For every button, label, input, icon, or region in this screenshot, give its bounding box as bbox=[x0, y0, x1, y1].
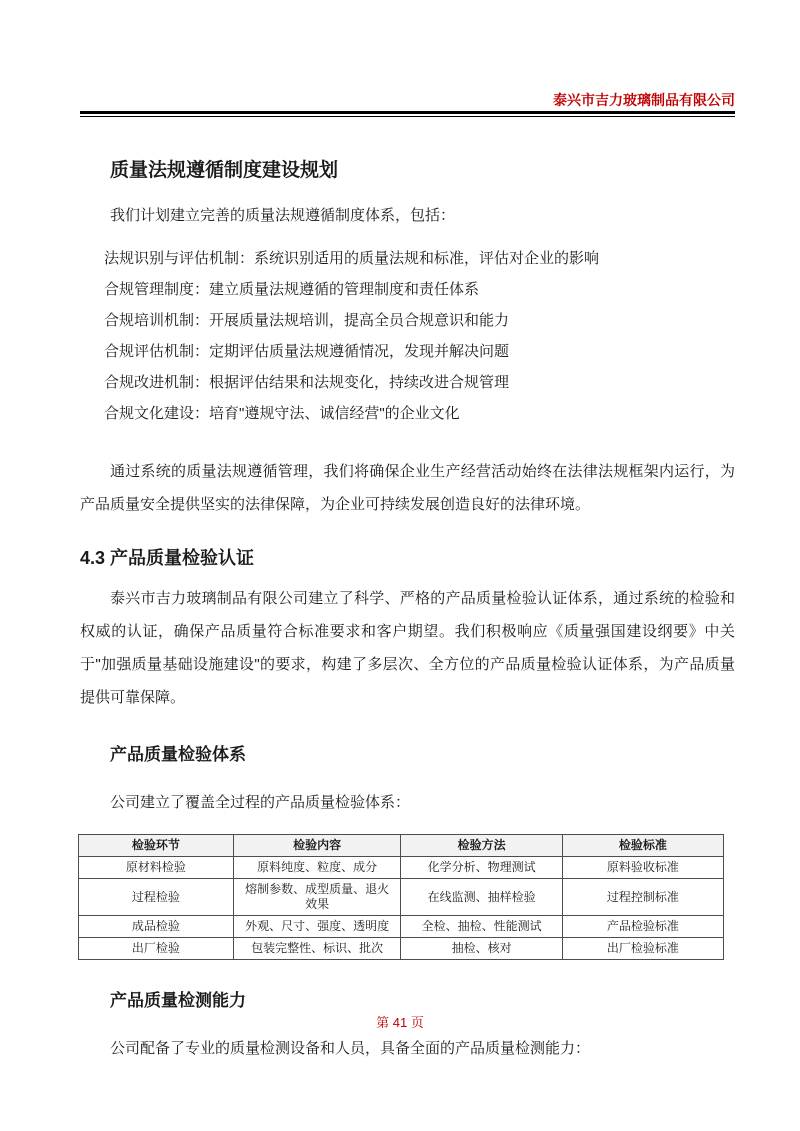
list-item: 法规识别与评估机制：系统识别适用的质量法规和标准，评估对企业的影响 bbox=[104, 243, 735, 274]
inspection-table: 检验环节检验内容检验方法检验标准 原材料检验原料纯度、粒度、成分化学分析、物理测… bbox=[78, 834, 724, 960]
table-cell: 原料纯度、粒度、成分 bbox=[233, 857, 401, 879]
table-header-cell: 检验环节 bbox=[79, 835, 234, 857]
header-rule-thin bbox=[80, 116, 735, 117]
subsection-heading-testing-capability: 产品质量检测能力 bbox=[110, 990, 735, 1012]
table-cell: 外观、尺寸、强度、透明度 bbox=[233, 916, 401, 938]
mechanism-list: 法规识别与评估机制：系统识别适用的质量法规和标准，评估对企业的影响合规管理制度：… bbox=[80, 243, 735, 429]
table-cell: 包装完整性、标识、批次 bbox=[233, 938, 401, 960]
header-rule-thick bbox=[80, 111, 735, 114]
list-item: 合规文化建设：培育"遵规守法、诚信经营"的企业文化 bbox=[104, 398, 735, 429]
table-cell: 出厂检验标准 bbox=[562, 938, 723, 960]
table-cell: 原料验收标准 bbox=[562, 857, 723, 879]
table-cell: 抽检、核对 bbox=[401, 938, 562, 960]
table-cell: 出厂检验 bbox=[79, 938, 234, 960]
table-cell: 全检、抽检、性能测试 bbox=[401, 916, 562, 938]
document-title: 质量法规遵循制度建设规划 bbox=[110, 159, 735, 183]
table-header-cell: 检验内容 bbox=[233, 835, 401, 857]
summary-paragraph: 通过系统的质量法规遵循管理，我们将确保企业生产经营活动始终在法律法规框架内运行，… bbox=[80, 455, 735, 521]
table-cell: 在线监测、抽样检验 bbox=[401, 879, 562, 916]
section-body-paragraph: 泰兴市吉力玻璃制品有限公司建立了科学、严格的产品质量检验认证体系，通过系统的检验… bbox=[80, 582, 735, 714]
table-header-row: 检验环节检验内容检验方法检验标准 bbox=[79, 835, 724, 857]
list-item: 合规管理制度：建立质量法规遵循的管理制度和责任体系 bbox=[104, 274, 735, 305]
list-item: 合规培训机制：开展质量法规培训，提高全员合规意识和能力 bbox=[104, 305, 735, 336]
list-item: 合规评估机制：定期评估质量法规遵循情况，发现并解决问题 bbox=[104, 336, 735, 367]
inspection-lead-paragraph: 公司建立了覆盖全过程的产品质量检验体系： bbox=[80, 792, 735, 814]
section-heading-4-3: 4.3 产品质量检验认证 bbox=[80, 546, 735, 570]
list-item: 合规改进机制：根据评估结果和法规变化，持续改进合规管理 bbox=[104, 367, 735, 398]
table-cell: 过程检验 bbox=[79, 879, 234, 916]
table-cell: 化学分析、物理测试 bbox=[401, 857, 562, 879]
intro-paragraph: 我们计划建立完善的质量法规遵循制度体系，包括： bbox=[80, 205, 735, 227]
header-company-name: 泰兴市吉力玻璃制品有限公司 bbox=[80, 92, 735, 108]
document-page: 泰兴市吉力玻璃制品有限公司 质量法规遵循制度建设规划 我们计划建立完善的质量法规… bbox=[0, 0, 800, 1131]
table-row: 过程检验熔制参数、成型质量、退火效果在线监测、抽样检验过程控制标准 bbox=[79, 879, 724, 916]
table-cell: 过程控制标准 bbox=[562, 879, 723, 916]
table-header-cell: 检验标准 bbox=[562, 835, 723, 857]
table-body: 原材料检验原料纯度、粒度、成分化学分析、物理测试原料验收标准过程检验熔制参数、成… bbox=[79, 857, 724, 960]
table-cell: 原材料检验 bbox=[79, 857, 234, 879]
testing-lead-paragraph: 公司配备了专业的质量检测设备和人员，具备全面的产品质量检测能力： bbox=[80, 1038, 735, 1060]
table-header-cell: 检验方法 bbox=[401, 835, 562, 857]
page-header: 泰兴市吉力玻璃制品有限公司 bbox=[80, 0, 735, 117]
table-row: 成品检验外观、尺寸、强度、透明度全检、抽检、性能测试产品检验标准 bbox=[79, 916, 724, 938]
subsection-heading-inspection-system: 产品质量检验体系 bbox=[110, 744, 735, 766]
page-number: 第 41 页 bbox=[0, 1012, 800, 1031]
table-row: 出厂检验包装完整性、标识、批次抽检、核对出厂检验标准 bbox=[79, 938, 724, 960]
table-cell: 熔制参数、成型质量、退火效果 bbox=[233, 879, 401, 916]
table-row: 原材料检验原料纯度、粒度、成分化学分析、物理测试原料验收标准 bbox=[79, 857, 724, 879]
table-cell: 产品检验标准 bbox=[562, 916, 723, 938]
table-cell: 成品检验 bbox=[79, 916, 234, 938]
